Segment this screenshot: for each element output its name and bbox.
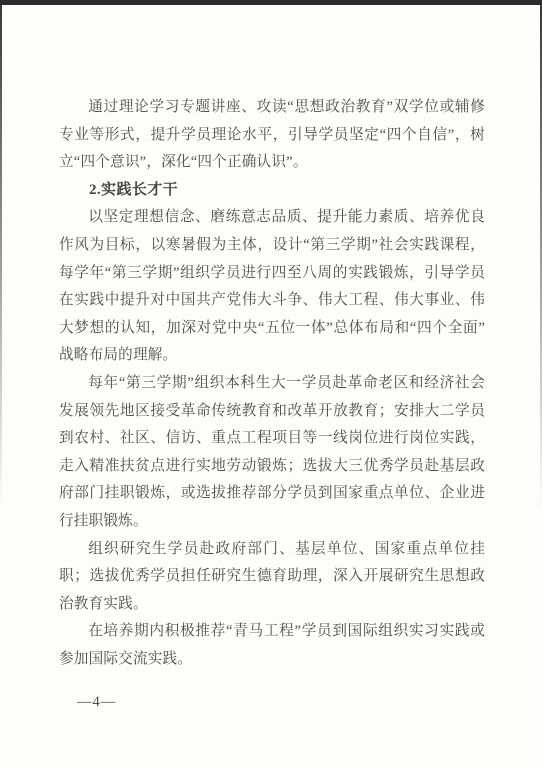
scan-edge-left — [0, 5, 2, 565]
page-number: —4— — [77, 694, 116, 711]
paragraph-graduate-practice: 组织研究生学员赴政府部门、基层单位、国家重点单位挂职；选拔优秀学员担任研究生德育… — [59, 536, 485, 619]
paragraph-undergraduate-practice: 每年“第三学期”组织本科生大一学员赴革命老区和经济社会发展领先地区接受革命传统教… — [59, 370, 485, 536]
paragraph-international-practice: 在培养期内积极推荐“青马工程”学员到国际组织实习实践或参加国际交流实践。 — [59, 618, 485, 673]
paragraph-third-semester-design: 以坚定理想信念、磨练意志品质、提升能力素质、培养优良作风为目标，以寒暑假为主体，… — [59, 204, 485, 370]
document-page: 通过理论学习专题讲座、攻读“思想政治教育”双学位或辅修专业等形式，提升学员理论水… — [0, 0, 542, 768]
section-heading-practice: 2.实践长才干 — [59, 177, 485, 205]
document-body: 通过理论学习专题讲座、攻读“思想政治教育”双学位或辅修专业等形式，提升学员理论水… — [59, 94, 485, 673]
paragraph-theory-study: 通过理论学习专题讲座、攻读“思想政治教育”双学位或辅修专业等形式，提升学员理论水… — [59, 94, 485, 177]
scan-edge-top — [0, 0, 542, 5]
